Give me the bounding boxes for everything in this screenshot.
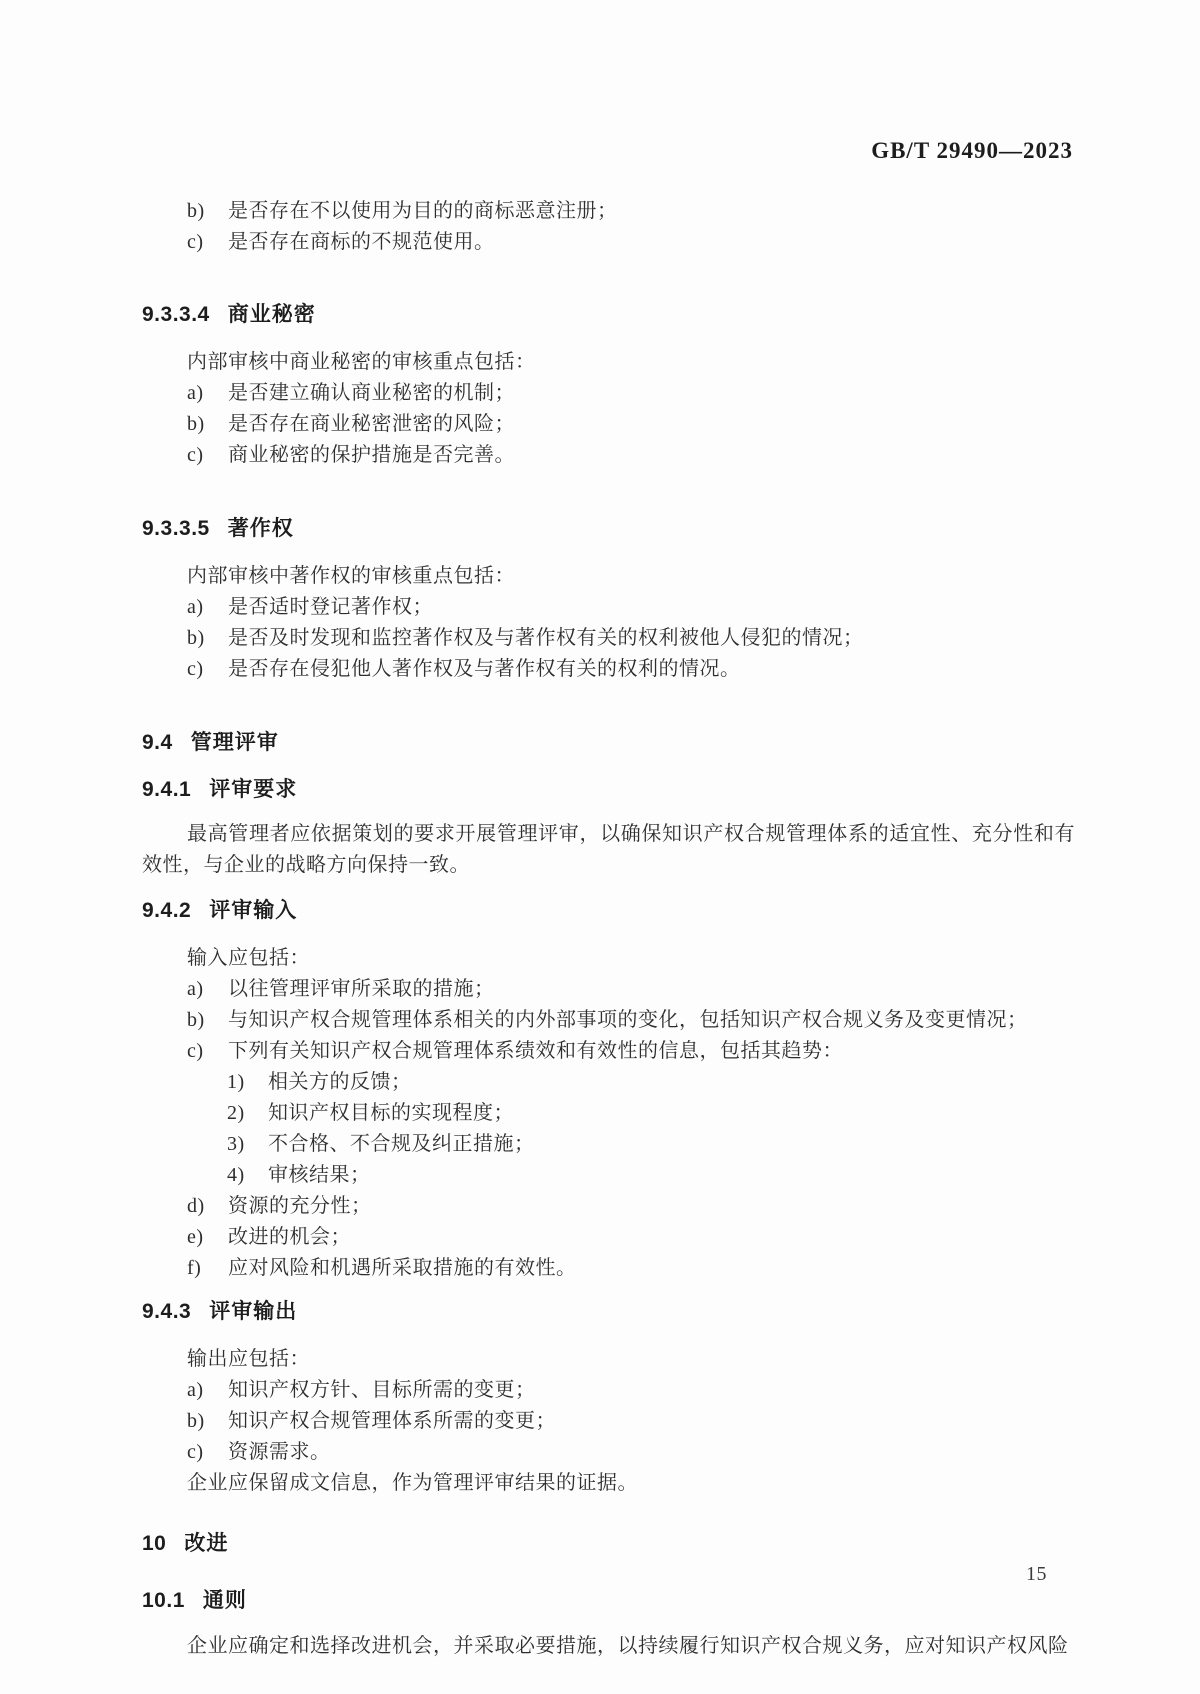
list-text: 与知识产权合规管理体系相关的内外部事项的变化，包括知识产权合规义务及变更情况； <box>228 1005 1075 1036</box>
section-number: 9.4.2 <box>142 896 191 926</box>
list-marker: a) <box>187 974 228 1005</box>
list-text: 知识产权方针、目标所需的变更； <box>228 1375 1075 1406</box>
section-heading-10-1: 10.1通则 <box>142 1586 1075 1616</box>
list-marker: b) <box>187 623 228 654</box>
section-number: 9.3.3.4 <box>142 300 210 330</box>
list-marker: d) <box>187 1191 228 1222</box>
list-text: 是否及时发现和监控著作权及与著作权有关的权利被他人侵犯的情况； <box>228 623 1075 654</box>
list-text: 是否建立确认商业秘密的机制； <box>228 378 1075 409</box>
list-marker: 2) <box>227 1098 268 1129</box>
list-text: 审核结果； <box>268 1160 1075 1191</box>
list-item: a) 以往管理评审所采取的措施； <box>187 974 1075 1005</box>
list-marker: b) <box>187 196 228 227</box>
list-item: b) 是否及时发现和监控著作权及与著作权有关的权利被他人侵犯的情况； <box>187 623 1075 654</box>
list-item: e) 改进的机会； <box>187 1222 1075 1253</box>
section-number: 9.4 <box>142 728 173 758</box>
list-text: 相关方的反馈； <box>268 1067 1075 1098</box>
list-text: 以往管理评审所采取的措施； <box>228 974 1075 1005</box>
list-marker: b) <box>187 409 228 440</box>
list-marker: c) <box>187 227 228 258</box>
section-number: 10 <box>142 1529 166 1559</box>
list-text: 应对风险和机遇所采取措施的有效性。 <box>228 1253 1075 1284</box>
section-title: 评审输出 <box>209 1300 297 1323</box>
section-heading-9-4-2: 9.4.2评审输入 <box>142 896 1075 926</box>
list-item: c) 是否存在商标的不规范使用。 <box>187 227 1075 258</box>
sub-list-item: 3) 不合格、不合规及纠正措施； <box>227 1129 1075 1160</box>
list-marker: c) <box>187 1437 228 1468</box>
list-text: 是否存在商标的不规范使用。 <box>228 227 1075 258</box>
sub-list-item: 2) 知识产权目标的实现程度； <box>227 1098 1075 1129</box>
paragraph: 内部审核中著作权的审核重点包括： <box>142 561 1075 592</box>
list-item: b) 与知识产权合规管理体系相关的内外部事项的变化，包括知识产权合规义务及变更情… <box>187 1005 1075 1036</box>
section-heading-10: 10改进 <box>142 1529 1075 1559</box>
list-marker: 3) <box>227 1129 268 1160</box>
list-text: 商业秘密的保护措施是否完善。 <box>228 440 1075 471</box>
sub-list-item: 4) 审核结果； <box>227 1160 1075 1191</box>
paragraph: 最高管理者应依据策划的要求开展管理评审，以确保知识产权合规管理体系的适宜性、充分… <box>142 819 1075 881</box>
section-number: 9.4.1 <box>142 775 191 805</box>
sub-list-item: 1) 相关方的反馈； <box>227 1067 1075 1098</box>
list-item: a) 是否建立确认商业秘密的机制； <box>187 378 1075 409</box>
section-heading-9-3-3-5: 9.3.3.5著作权 <box>142 514 1075 544</box>
section-title: 通则 <box>203 1589 247 1612</box>
section-title: 评审要求 <box>209 778 297 801</box>
list-marker: b) <box>187 1005 228 1036</box>
paragraph: 企业应保留成文信息，作为管理评审结果的证据。 <box>142 1468 1075 1499</box>
section-heading-9-4-3: 9.4.3评审输出 <box>142 1297 1075 1327</box>
paragraph: 输出应包括： <box>142 1344 1075 1375</box>
list-text: 资源的充分性； <box>228 1191 1075 1222</box>
section-title: 改进 <box>184 1532 228 1555</box>
list-item: b) 是否存在不以使用为目的的商标恶意注册； <box>187 196 1075 227</box>
section-number: 9.4.3 <box>142 1297 191 1327</box>
page-content: b) 是否存在不以使用为目的的商标恶意注册； c) 是否存在商标的不规范使用。 … <box>142 196 1075 1662</box>
list-text: 是否存在商业秘密泄密的风险； <box>228 409 1075 440</box>
list-item: b) 是否存在商业秘密泄密的风险； <box>187 409 1075 440</box>
list-marker: a) <box>187 378 228 409</box>
list-item: a) 是否适时登记著作权； <box>187 592 1075 623</box>
list-marker: b) <box>187 1406 228 1437</box>
list-text: 是否存在不以使用为目的的商标恶意注册； <box>228 196 1075 227</box>
list-item: a) 知识产权方针、目标所需的变更； <box>187 1375 1075 1406</box>
list-item: b) 知识产权合规管理体系所需的变更； <box>187 1406 1075 1437</box>
paragraph: 企业应确定和选择改进机会，并采取必要措施，以持续履行知识产权合规义务，应对知识产… <box>142 1631 1075 1662</box>
document-page: GB/T 29490—2023 b) 是否存在不以使用为目的的商标恶意注册； c… <box>0 0 1200 1694</box>
section-number: 9.3.3.5 <box>142 514 210 544</box>
section-number: 10.1 <box>142 1586 185 1616</box>
list-item: d) 资源的充分性； <box>187 1191 1075 1222</box>
list-marker: a) <box>187 1375 228 1406</box>
section-title: 管理评审 <box>191 731 279 754</box>
section-title: 著作权 <box>228 517 294 540</box>
list-text: 是否适时登记著作权； <box>228 592 1075 623</box>
list-marker: a) <box>187 592 228 623</box>
list-marker: c) <box>187 440 228 471</box>
standard-number: GB/T 29490—2023 <box>871 138 1073 164</box>
list-item: f) 应对风险和机遇所采取措施的有效性。 <box>187 1253 1075 1284</box>
list-text: 资源需求。 <box>228 1437 1075 1468</box>
list-text: 不合格、不合规及纠正措施； <box>268 1129 1075 1160</box>
list-text: 改进的机会； <box>228 1222 1075 1253</box>
list-marker: f) <box>187 1253 228 1284</box>
list-text: 是否存在侵犯他人著作权及与著作权有关的权利的情况。 <box>228 654 1075 685</box>
paragraph: 输入应包括： <box>142 943 1075 974</box>
section-title: 评审输入 <box>209 899 297 922</box>
list-text: 下列有关知识产权合规管理体系绩效和有效性的信息，包括其趋势： <box>228 1036 1075 1067</box>
section-heading-9-4-1: 9.4.1评审要求 <box>142 775 1075 805</box>
section-heading-9-4: 9.4管理评审 <box>142 728 1075 758</box>
list-item: c) 下列有关知识产权合规管理体系绩效和有效性的信息，包括其趋势： <box>187 1036 1075 1067</box>
list-text: 知识产权目标的实现程度； <box>268 1098 1075 1129</box>
list-item: c) 资源需求。 <box>187 1437 1075 1468</box>
list-marker: 1) <box>227 1067 268 1098</box>
section-heading-9-3-3-4: 9.3.3.4商业秘密 <box>142 300 1075 330</box>
list-marker: e) <box>187 1222 228 1253</box>
list-item: c) 是否存在侵犯他人著作权及与著作权有关的权利的情况。 <box>187 654 1075 685</box>
section-title: 商业秘密 <box>228 303 316 326</box>
list-marker: 4) <box>227 1160 268 1191</box>
paragraph: 内部审核中商业秘密的审核重点包括： <box>142 347 1075 378</box>
page-number: 15 <box>1026 1560 1047 1588</box>
list-marker: c) <box>187 1036 228 1067</box>
list-item: c) 商业秘密的保护措施是否完善。 <box>187 440 1075 471</box>
list-text: 知识产权合规管理体系所需的变更； <box>228 1406 1075 1437</box>
list-marker: c) <box>187 654 228 685</box>
